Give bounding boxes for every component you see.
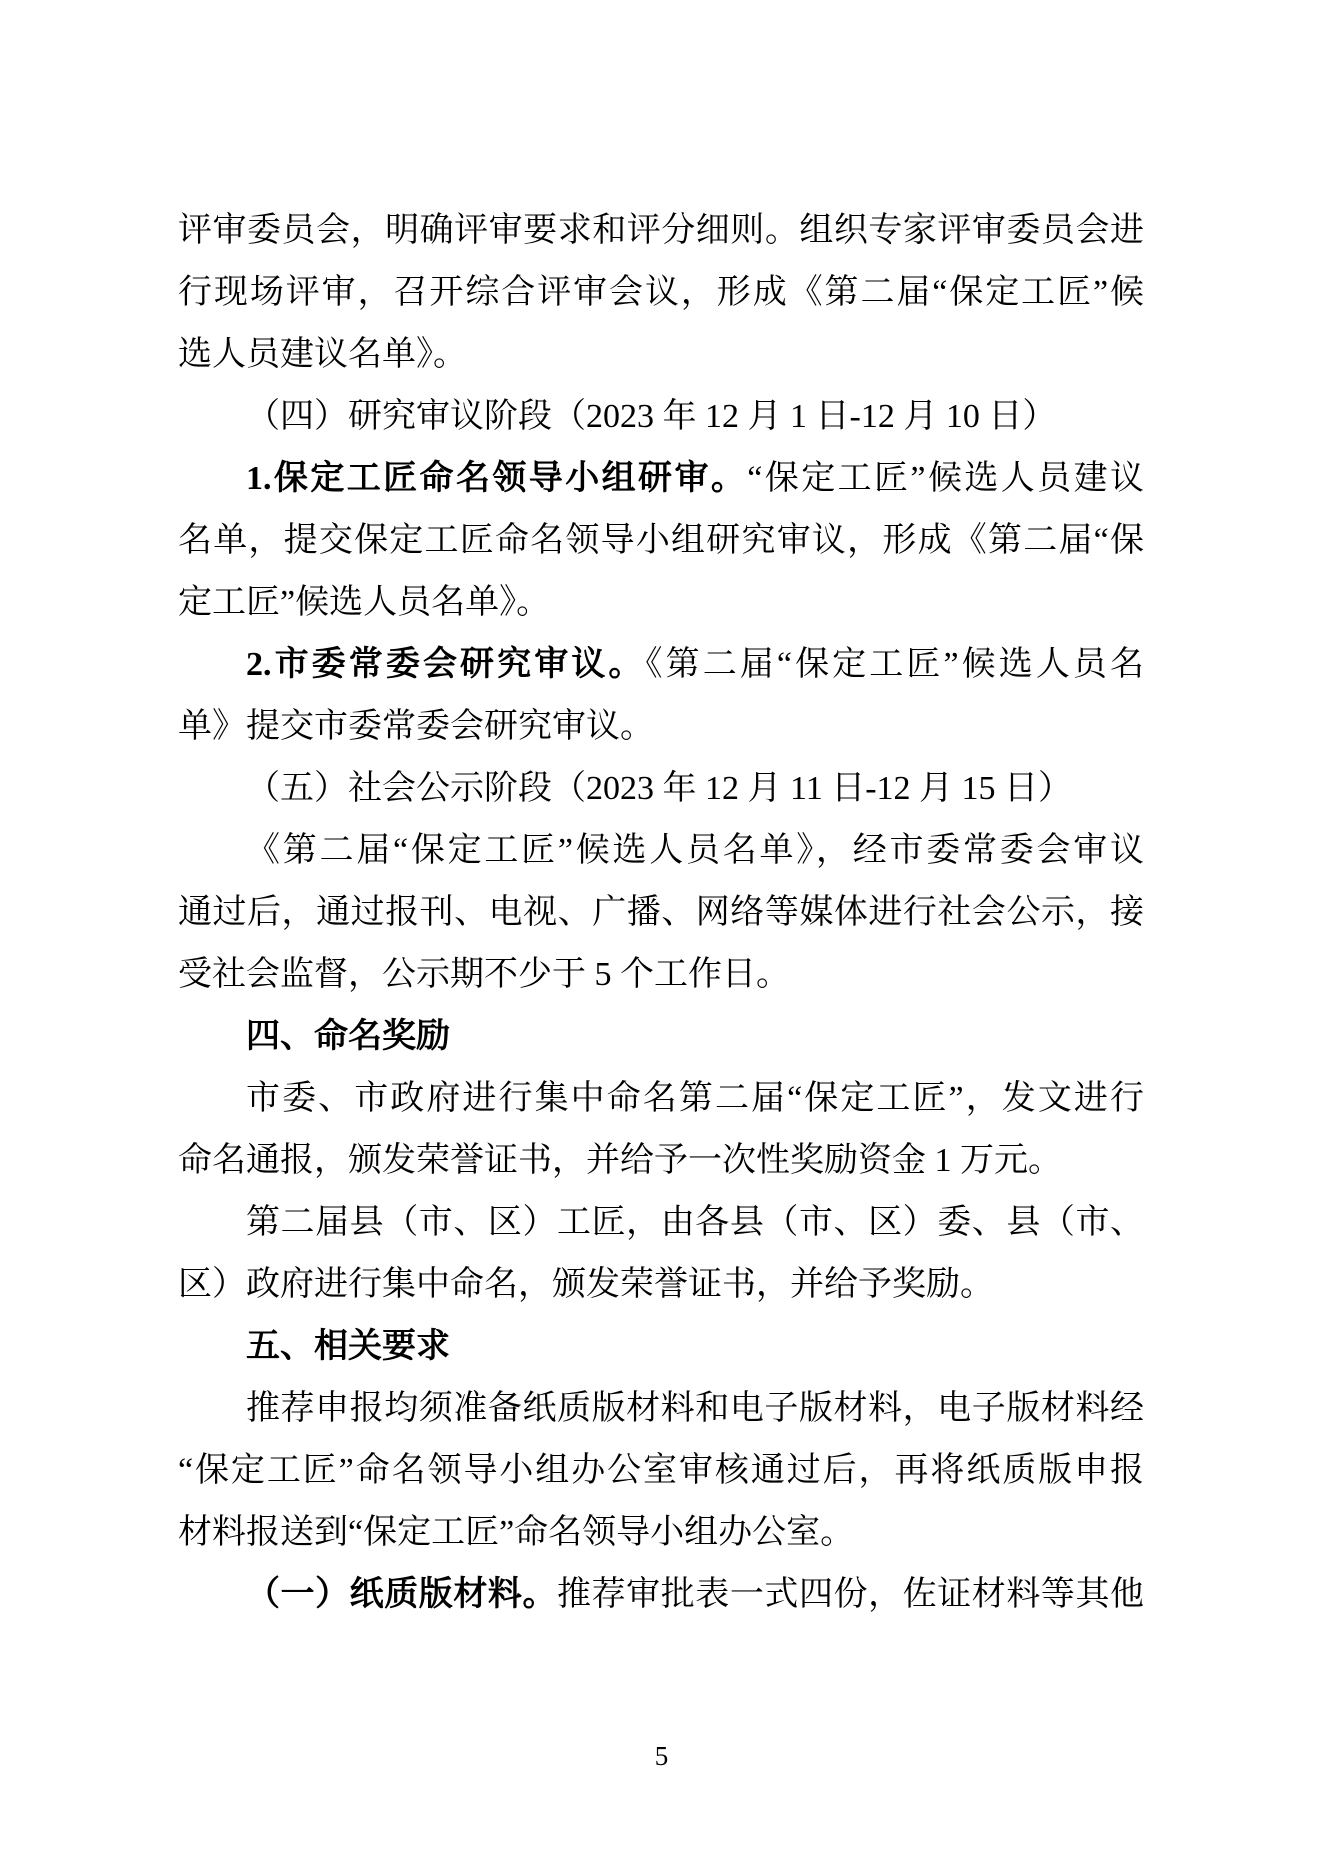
text-line: 区）政府进行集中命名，颁发荣誉证书，并给予奖励。 bbox=[178, 1254, 1144, 1316]
text-line: 定工匠”候选人员名单》。 bbox=[178, 572, 1144, 634]
text-line: 1.保定工匠命名领导小组研审。“保定工匠”候选人员建议 bbox=[178, 448, 1144, 510]
text-segment: 行现场评审，召开综合评审会议，形成《第二届“保定工匠”候 bbox=[178, 274, 1144, 311]
text-line: 行现场评审，召开综合评审会议，形成《第二届“保定工匠”候 bbox=[178, 262, 1144, 324]
text-segment: 第二届县（市、区）工匠，由各县（市、区）委、县（市、 bbox=[246, 1204, 1144, 1241]
bold-text-segment: （一）纸质版材料。 bbox=[246, 1576, 557, 1613]
text-segment: 单》提交市委常委会研究审议。 bbox=[178, 708, 654, 745]
text-line: 命名通报，颁发荣誉证书，并给予一次性奖励资金 1 万元。 bbox=[178, 1130, 1144, 1192]
text-segment: 材料报送到“保定工匠”命名领导小组办公室。 bbox=[178, 1514, 854, 1551]
text-line: 《第二届“保定工匠”候选人员名单》，经市委常委会审议 bbox=[178, 820, 1144, 882]
document-page: 评审委员会，明确评审要求和评分细则。组织专家评审委员会进行现场评审，召开综合评审… bbox=[0, 0, 1323, 1871]
bold-text-segment: 四、命名奖励 bbox=[246, 1018, 450, 1055]
text-line: 材料报送到“保定工匠”命名领导小组办公室。 bbox=[178, 1502, 1144, 1564]
text-segment: “保定工匠”候选人员建议 bbox=[747, 460, 1144, 497]
text-segment: 推荐申报均须准备纸质版材料和电子版材料，电子版材料经 bbox=[246, 1390, 1144, 1427]
text-line: 通过后，通过报刊、电视、广播、网络等媒体进行社会公示，接 bbox=[178, 882, 1144, 944]
text-line: 名单，提交保定工匠命名领导小组研究审议，形成《第二届“保 bbox=[178, 510, 1144, 572]
text-segment: （四）研究审议阶段（2023 年 12 月 1 日-12 月 10 日） bbox=[246, 398, 1056, 435]
text-segment: 区）政府进行集中命名，颁发荣誉证书，并给予奖励。 bbox=[178, 1266, 994, 1303]
text-segment: 推荐审批表一式四份，佐证材料等其他 bbox=[557, 1576, 1144, 1613]
text-line: 2.市委常委会研究审议。《第二届“保定工匠”候选人员名 bbox=[178, 634, 1144, 696]
text-segment: “保定工匠”命名领导小组办公室审核通过后，再将纸质版申报 bbox=[178, 1452, 1144, 1489]
text-line: （四）研究审议阶段（2023 年 12 月 1 日-12 月 10 日） bbox=[178, 386, 1144, 448]
text-line: （一）纸质版材料。推荐审批表一式四份，佐证材料等其他 bbox=[178, 1564, 1144, 1626]
text-line: 选人员建议名单》。 bbox=[178, 324, 1144, 386]
text-segment: 定工匠”候选人员名单》。 bbox=[178, 584, 550, 621]
text-segment: 名单，提交保定工匠命名领导小组研究审议，形成《第二届“保 bbox=[178, 522, 1144, 559]
bold-text-segment: 2.市委常委会研究审议。 bbox=[246, 646, 646, 683]
text-line: 单》提交市委常委会研究审议。 bbox=[178, 696, 1144, 758]
bold-text-segment: 1.保定工匠命名领导小组研审。 bbox=[246, 460, 747, 497]
text-line: 受社会监督，公示期不少于 5 个工作日。 bbox=[178, 944, 1144, 1006]
text-segment: 通过后，通过报刊、电视、广播、网络等媒体进行社会公示，接 bbox=[178, 894, 1144, 931]
text-segment: 评审委员会，明确评审要求和评分细则。组织专家评审委员会进 bbox=[178, 212, 1144, 249]
text-line: 推荐申报均须准备纸质版材料和电子版材料，电子版材料经 bbox=[178, 1378, 1144, 1440]
text-segment: 《第二届“保定工匠”候选人员名单》，经市委常委会审议 bbox=[246, 832, 1144, 869]
document-body: 评审委员会，明确评审要求和评分细则。组织专家评审委员会进行现场评审，召开综合评审… bbox=[178, 200, 1144, 1626]
text-segment: 选人员建议名单》。 bbox=[178, 336, 467, 373]
text-line: 第二届县（市、区）工匠，由各县（市、区）委、县（市、 bbox=[178, 1192, 1144, 1254]
text-line: 市委、市政府进行集中命名第二届“保定工匠”，发文进行 bbox=[178, 1068, 1144, 1130]
text-segment: （五）社会公示阶段（2023 年 12 月 11 日-12 月 15 日） bbox=[246, 770, 1072, 807]
text-segment: 受社会监督，公示期不少于 5 个工作日。 bbox=[178, 956, 790, 993]
text-line: 五、相关要求 bbox=[178, 1316, 1144, 1378]
text-line: 评审委员会，明确评审要求和评分细则。组织专家评审委员会进 bbox=[178, 200, 1144, 262]
text-segment: 市委、市政府进行集中命名第二届“保定工匠”，发文进行 bbox=[246, 1080, 1144, 1117]
page-number: 5 bbox=[0, 1736, 1323, 1776]
text-line: （五）社会公示阶段（2023 年 12 月 11 日-12 月 15 日） bbox=[178, 758, 1144, 820]
bold-text-segment: 五、相关要求 bbox=[246, 1328, 450, 1365]
text-line: “保定工匠”命名领导小组办公室审核通过后，再将纸质版申报 bbox=[178, 1440, 1144, 1502]
text-line: 四、命名奖励 bbox=[178, 1006, 1144, 1068]
text-segment: 命名通报，颁发荣誉证书，并给予一次性奖励资金 1 万元。 bbox=[178, 1142, 1062, 1179]
text-segment: 《第二届“保定工匠”候选人员名 bbox=[646, 646, 1144, 683]
